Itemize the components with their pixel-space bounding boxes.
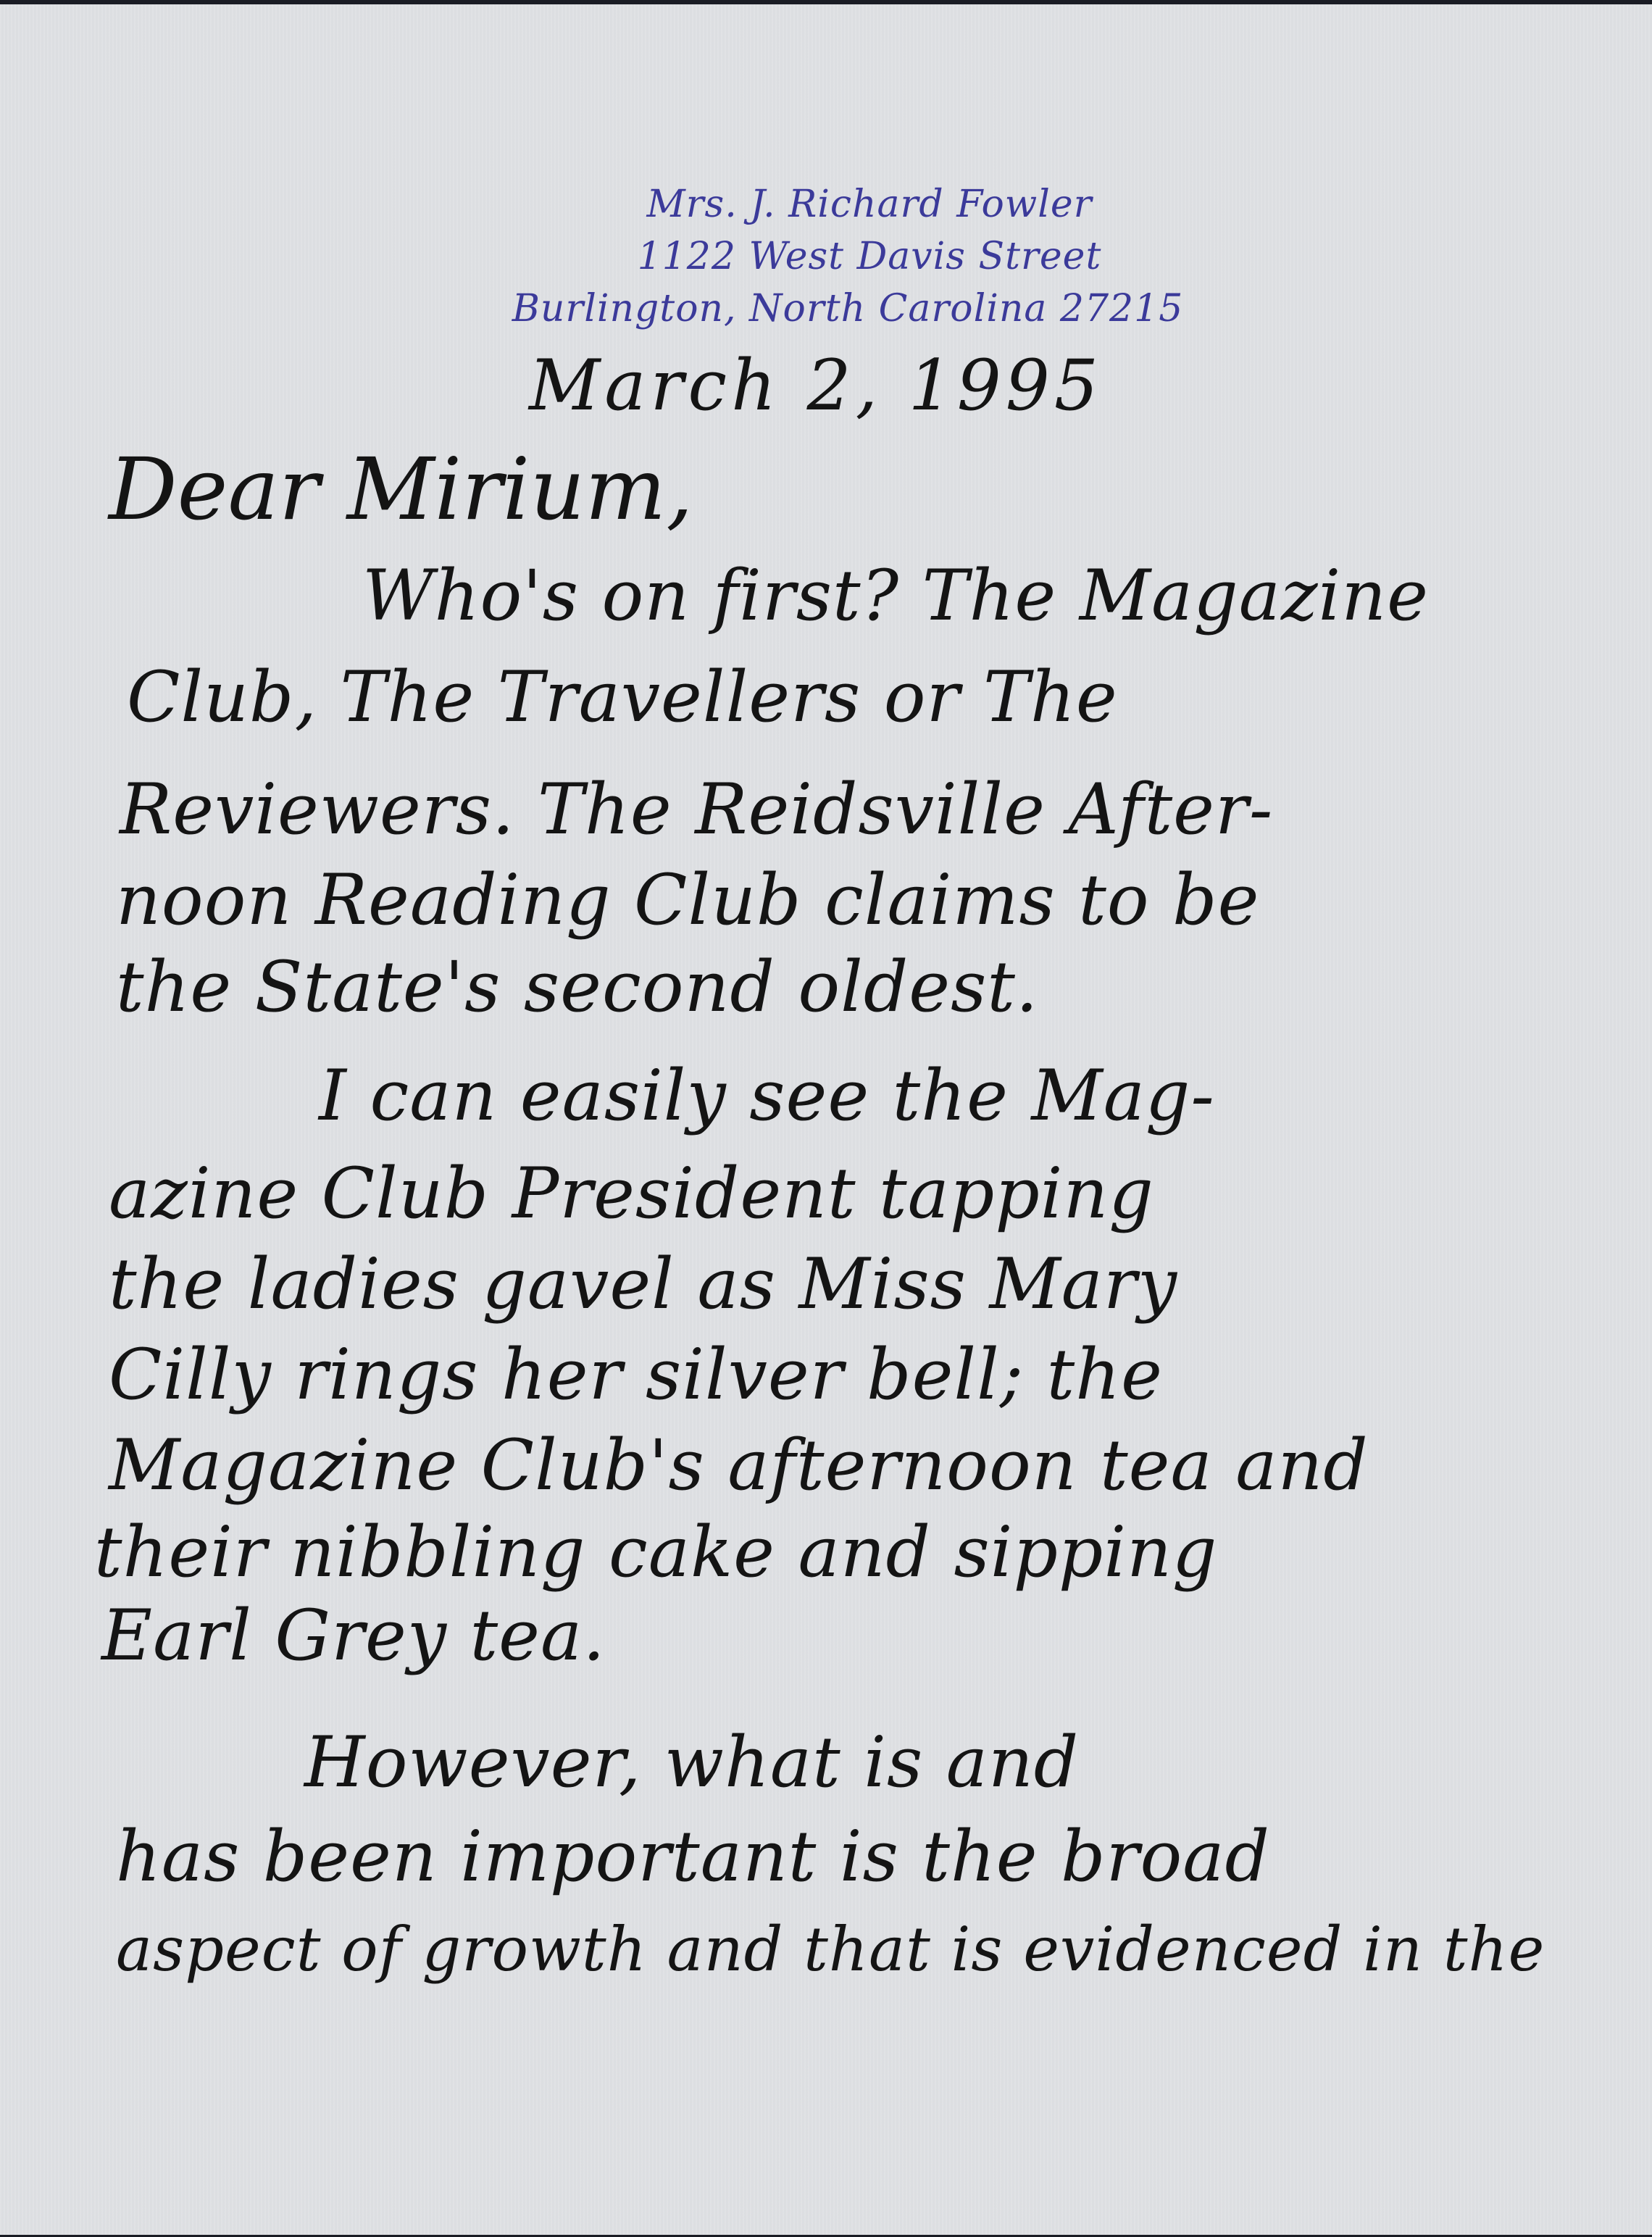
body-line: Who's on first? The Magazine xyxy=(362,555,1429,636)
body-line: I can easily see the Mag- xyxy=(319,1055,1215,1136)
body-line: Cilly rings her silver bell; the xyxy=(109,1334,1163,1415)
body-line: However, what is and xyxy=(304,1722,1079,1803)
salutation: Dear Mirium, xyxy=(109,439,693,539)
body-line: Club, The Travellers or The xyxy=(127,657,1118,738)
body-line: has been important is the broad xyxy=(116,1816,1270,1897)
body-line: the ladies gavel as Miss Mary xyxy=(109,1244,1177,1325)
letterhead-street: 1122 West Davis Street xyxy=(87,230,1652,283)
body-line: Earl Grey tea. xyxy=(101,1595,606,1676)
body-line: azine Club President tapping xyxy=(109,1153,1154,1234)
body-line: noon Reading Club claims to be xyxy=(116,859,1259,941)
letter-date: March 2, 1995 xyxy=(529,345,1103,426)
letterhead-name: Mrs. J. Richard Fowler xyxy=(87,178,1652,230)
body-line: the State's second oldest. xyxy=(116,946,1038,1028)
letterhead: Mrs. J. Richard Fowler 1122 West Davis S… xyxy=(0,178,1652,335)
body-line: Reviewers. The Reidsville After- xyxy=(120,769,1273,850)
letterhead-city: Burlington, North Carolina 27215 xyxy=(43,283,1652,335)
body-line: their nibbling cake and sipping xyxy=(94,1512,1217,1593)
letter-page: Mrs. J. Richard Fowler 1122 West Davis S… xyxy=(0,4,1652,2235)
body-line: aspect of growth and that is evidenced i… xyxy=(116,1914,1545,1985)
body-line: Magazine Club's afternoon tea and xyxy=(109,1425,1369,1506)
